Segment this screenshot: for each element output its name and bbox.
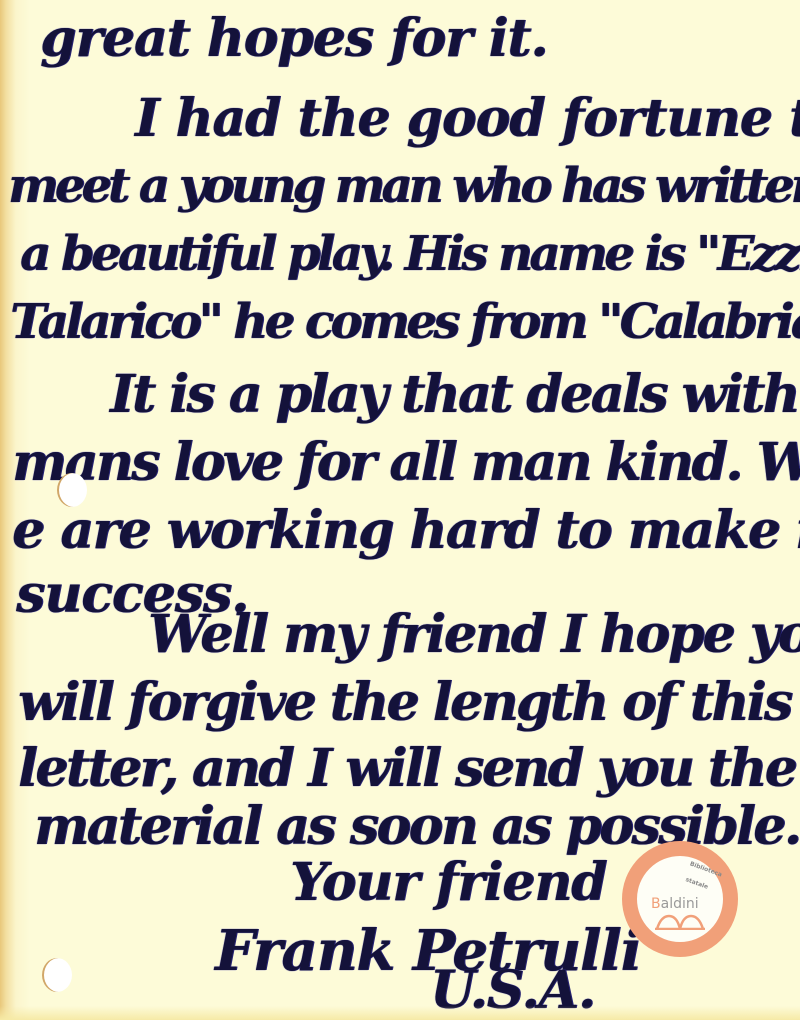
- letter-line-3: meet a young man who has written: [8, 158, 800, 214]
- punch-hole-bottom: [42, 958, 72, 992]
- letter-closing: Your friend: [290, 852, 606, 913]
- letter-line-8: e are working hard to make it a.: [12, 500, 800, 561]
- letter-line-1: great hopes for it.: [40, 8, 547, 69]
- stamp-text-line2: statale: [685, 876, 710, 891]
- letter-line-4: a beautiful play. His name is "Ezzio: [20, 226, 800, 282]
- letter-page: great hopes for it. I had the good fortu…: [0, 0, 800, 1020]
- signature-location: U.S.A.: [430, 960, 595, 1020]
- open-book-icon: [655, 914, 705, 930]
- punch-hole-top: [57, 473, 87, 507]
- letter-line-7: mans love for all man kind. W-: [12, 432, 800, 493]
- letter-line-10: Well my friend I hope you: [148, 604, 800, 665]
- letter-line-5: Talarico" he comes from "Calabria": [10, 294, 800, 350]
- letter-line-6: It is a play that deals with a: [110, 364, 800, 425]
- letter-line-12: letter, and I will send you the: [18, 738, 795, 799]
- letter-line-2: I had the good fortune to: [135, 88, 800, 149]
- stamp-text-line1: Biblioteca: [689, 860, 723, 878]
- stamp-name: Baldini: [651, 896, 699, 912]
- letter-line-11: will forgive the length of this: [18, 672, 791, 733]
- library-stamp: Biblioteca statale Baldini: [622, 841, 738, 957]
